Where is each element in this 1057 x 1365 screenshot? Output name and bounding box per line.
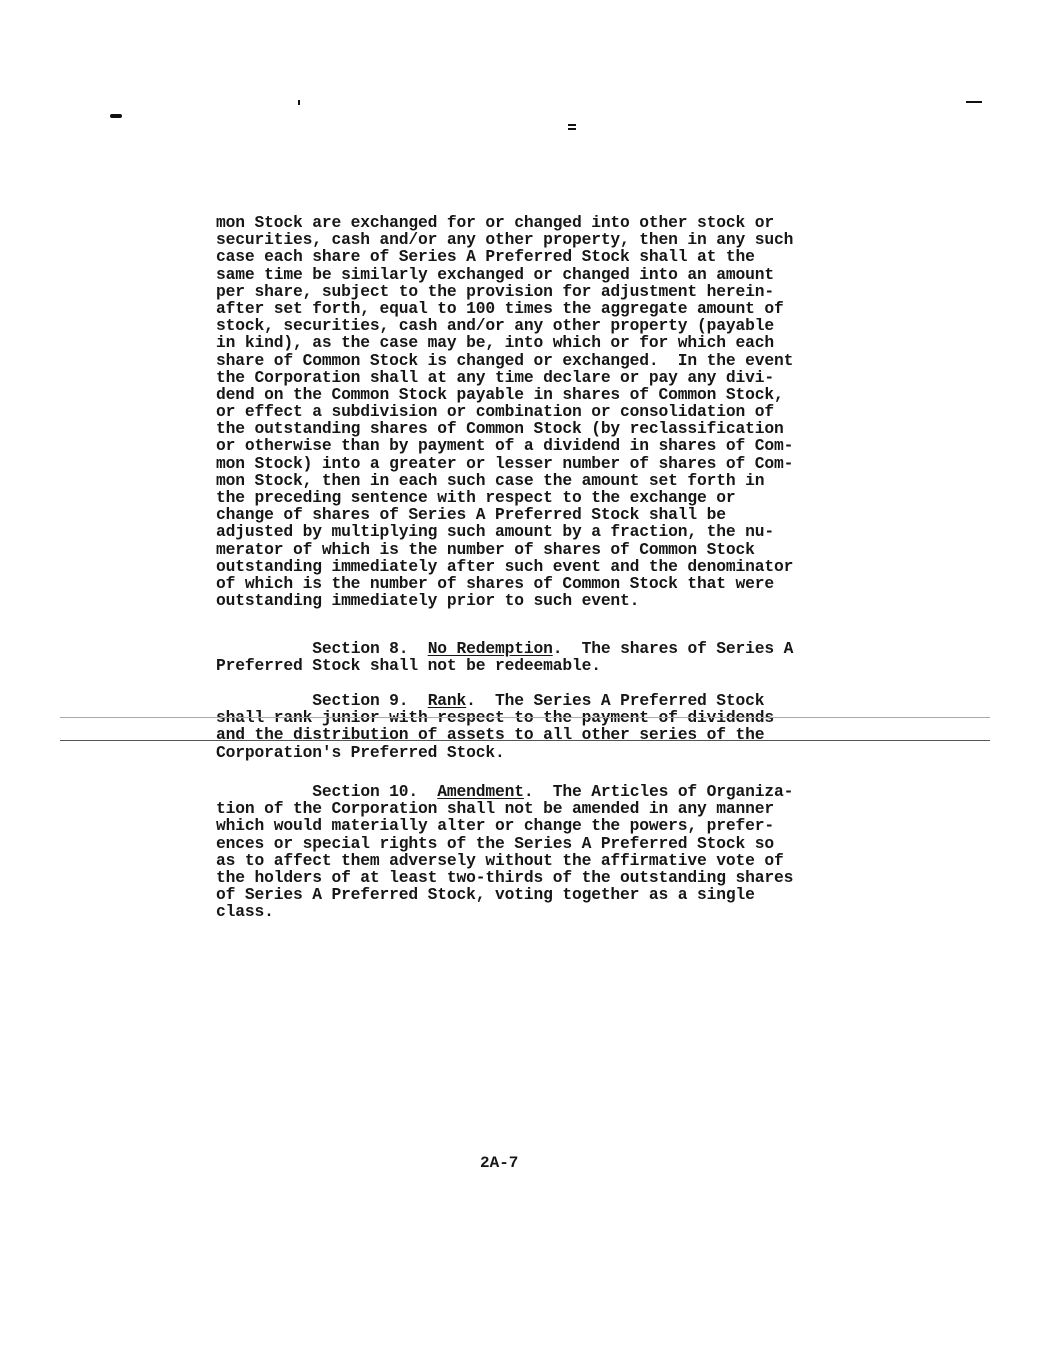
section-9: Section 9. Rank. The Series A Preferred … (216, 692, 916, 761)
text-line: after set forth, equal to 100 times the … (216, 300, 916, 317)
section-text: . The Series A Preferred Stock (466, 691, 764, 710)
section-text: . The Articles of Organiza- (524, 782, 793, 801)
section-title: Rank (428, 691, 466, 710)
text-line: mon Stock) into a greater or lesser numb… (216, 455, 916, 472)
scan-line-artifact (60, 717, 990, 718)
text-line: securities, cash and/or any other proper… (216, 231, 916, 248)
text-line: change of shares of Series A Preferred S… (216, 506, 916, 523)
text-line: adjusted by multiplying such amount by a… (216, 523, 916, 540)
section-number: Section 9. (312, 691, 408, 710)
text-line: Preferred Stock shall not be redeemable. (216, 657, 916, 674)
section-text: . The shares of Series A (553, 639, 794, 658)
section-heading-line: Section 8. No Redemption. The shares of … (216, 640, 916, 657)
text-line: tion of the Corporation shall not be ame… (216, 800, 916, 817)
section-number: Section 10. (312, 782, 418, 801)
text-line: case each share of Series A Preferred St… (216, 248, 916, 265)
section-title: Amendment (437, 782, 524, 801)
text-line: outstanding immediately after such event… (216, 558, 916, 575)
scan-speck (110, 114, 122, 118)
scan-speck (966, 101, 982, 103)
section-number: Section 8. (312, 639, 408, 658)
text-line: per share, subject to the provision for … (216, 283, 916, 300)
text-line: of Series A Preferred Stock, voting toge… (216, 886, 916, 903)
text-line: outstanding immediately prior to such ev… (216, 592, 916, 609)
scan-line-artifact (60, 740, 990, 741)
text-line: the holders of at least two-thirds of th… (216, 869, 916, 886)
text-line: stock, securities, cash and/or any other… (216, 317, 916, 334)
text-line: as to affect them adversely without the … (216, 852, 916, 869)
text-line: mon Stock, then in each such case the am… (216, 472, 916, 489)
text-line: ences or special rights of the Series A … (216, 835, 916, 852)
text-line: class. (216, 903, 916, 920)
text-line: or otherwise than by payment of a divide… (216, 437, 916, 454)
continuation-paragraph: mon Stock are exchanged for or changed i… (216, 214, 916, 609)
text-line: or effect a subdivision or combination o… (216, 403, 916, 420)
text-line: share of Common Stock is changed or exch… (216, 352, 916, 369)
text-line: the preceding sentence with respect to t… (216, 489, 916, 506)
section-10: Section 10. Amendment. The Articles of O… (216, 783, 916, 921)
text-line: dend on the Common Stock payable in shar… (216, 386, 916, 403)
section-8: Section 8. No Redemption. The shares of … (216, 640, 916, 674)
scan-speck (298, 100, 300, 105)
text-line: Corporation's Preferred Stock. (216, 744, 916, 761)
text-line: in kind), as the case may be, into which… (216, 334, 916, 351)
page-number: 2A-7 (480, 1154, 518, 1172)
text-line: the Corporation shall at any time declar… (216, 369, 916, 386)
text-line: of which is the number of shares of Comm… (216, 575, 916, 592)
text-line: mon Stock are exchanged for or changed i… (216, 214, 916, 231)
section-heading-line: Section 9. Rank. The Series A Preferred … (216, 692, 916, 709)
scan-speck (568, 128, 576, 130)
text-line: the outstanding shares of Common Stock (… (216, 420, 916, 437)
section-heading-line: Section 10. Amendment. The Articles of O… (216, 783, 916, 800)
text-line: which would materially alter or change t… (216, 817, 916, 834)
scan-speck (568, 124, 576, 126)
section-title: No Redemption (428, 639, 553, 658)
text-line: same time be similarly exchanged or chan… (216, 266, 916, 283)
text-line: merator of which is the number of shares… (216, 541, 916, 558)
document-page: mon Stock are exchanged for or changed i… (0, 0, 1057, 1365)
